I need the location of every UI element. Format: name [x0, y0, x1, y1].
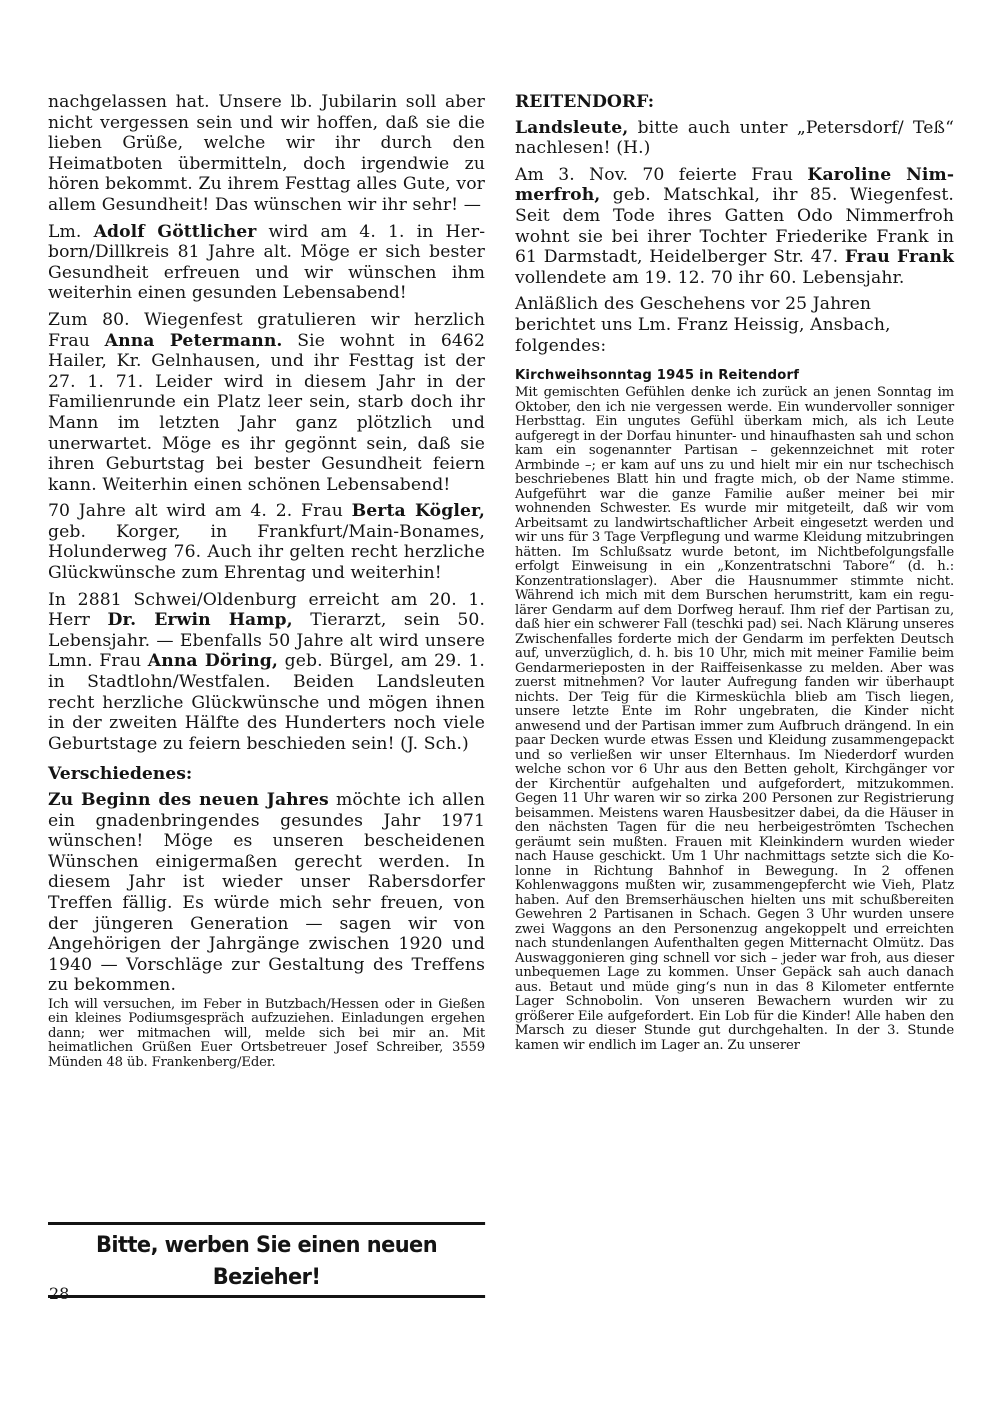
- text: vollendete am 19. 12. 70 ihr 60. Lebensj…: [515, 268, 904, 288]
- article-body: Mit gemischten Gefühlen denke ich zurück…: [515, 386, 954, 1053]
- paragraph-heissig-intro: Anläßlich des Geschehens vor 25 Jahren b…: [515, 294, 954, 356]
- person-name: Dr. Erwin Hamp,: [108, 610, 293, 630]
- paragraph-podiumsgespraech: Ich will versuchen, im Feber in Butzbach…: [48, 998, 485, 1071]
- left-column: nachgelassen hat. Unsere lb. Jubilarin s…: [48, 92, 485, 1070]
- section-heading-reitendorf: REITENDORF:: [515, 92, 954, 113]
- person-name: Adolf Göttlicher: [94, 222, 257, 242]
- section-heading-verschiedenes: Verschiedenes:: [48, 764, 485, 785]
- person-name: Anna Petermann.: [105, 331, 283, 351]
- page-number: 28: [49, 1284, 69, 1304]
- text: Lm.: [48, 222, 94, 242]
- text: Sie wohnt in 6462 Hailer, Kr. Gelnhausen…: [48, 331, 485, 495]
- paragraph-hamp-doering: In 2881 Schwei/Oldenburg erreicht am 20.…: [48, 590, 485, 755]
- text: Am 3. Nov. 70 feierte Frau: [515, 165, 807, 185]
- person-name: Berta Kög­ler,: [352, 501, 485, 521]
- person-name: Anna Döring,: [148, 651, 278, 671]
- subscriber-banner: Bitte, werben Sie einen neuen Bezieher!: [48, 1222, 485, 1298]
- text: 70 Jahre alt wird am 4. 2. Frau: [48, 501, 352, 521]
- article-title: Kirchweihsonntag 1945 in Reitendorf: [515, 368, 954, 383]
- paragraph-goettlicher: Lm. Adolf Göttlicher wird am 4. 1. in He…: [48, 222, 485, 304]
- lead-text: Landsleute,: [515, 118, 628, 138]
- paragraph-jubilarin: nachgelassen hat. Unsere lb. Jubilarin s…: [48, 92, 485, 216]
- lead-text: Zu Beginn des neuen Jahres: [48, 790, 329, 810]
- paragraph-nimmerfroh: Am 3. Nov. 70 feierte Frau Karoline Nim­…: [515, 165, 954, 289]
- text: möchte ich allen ein gnadenbringendes ge…: [48, 790, 485, 995]
- paragraph-landsleute: Landsleute, bitte auch unter „Petersdorf…: [515, 118, 954, 159]
- paragraph-neujahr: Zu Beginn des neuen Jahres möchte ich al…: [48, 790, 485, 996]
- paragraph-petermann: Zum 80. Wiegenfest gratulieren wir herz­…: [48, 310, 485, 495]
- paragraph-koegler: 70 Jahre alt wird am 4. 2. Frau Berta Kö…: [48, 501, 485, 583]
- text: geb. Korger, in Frankfurt/Main-Bona­mes,…: [48, 522, 485, 583]
- person-name: Frau Frank: [845, 247, 954, 267]
- right-column: REITENDORF: Landsleute, bitte auch unter…: [515, 92, 954, 1053]
